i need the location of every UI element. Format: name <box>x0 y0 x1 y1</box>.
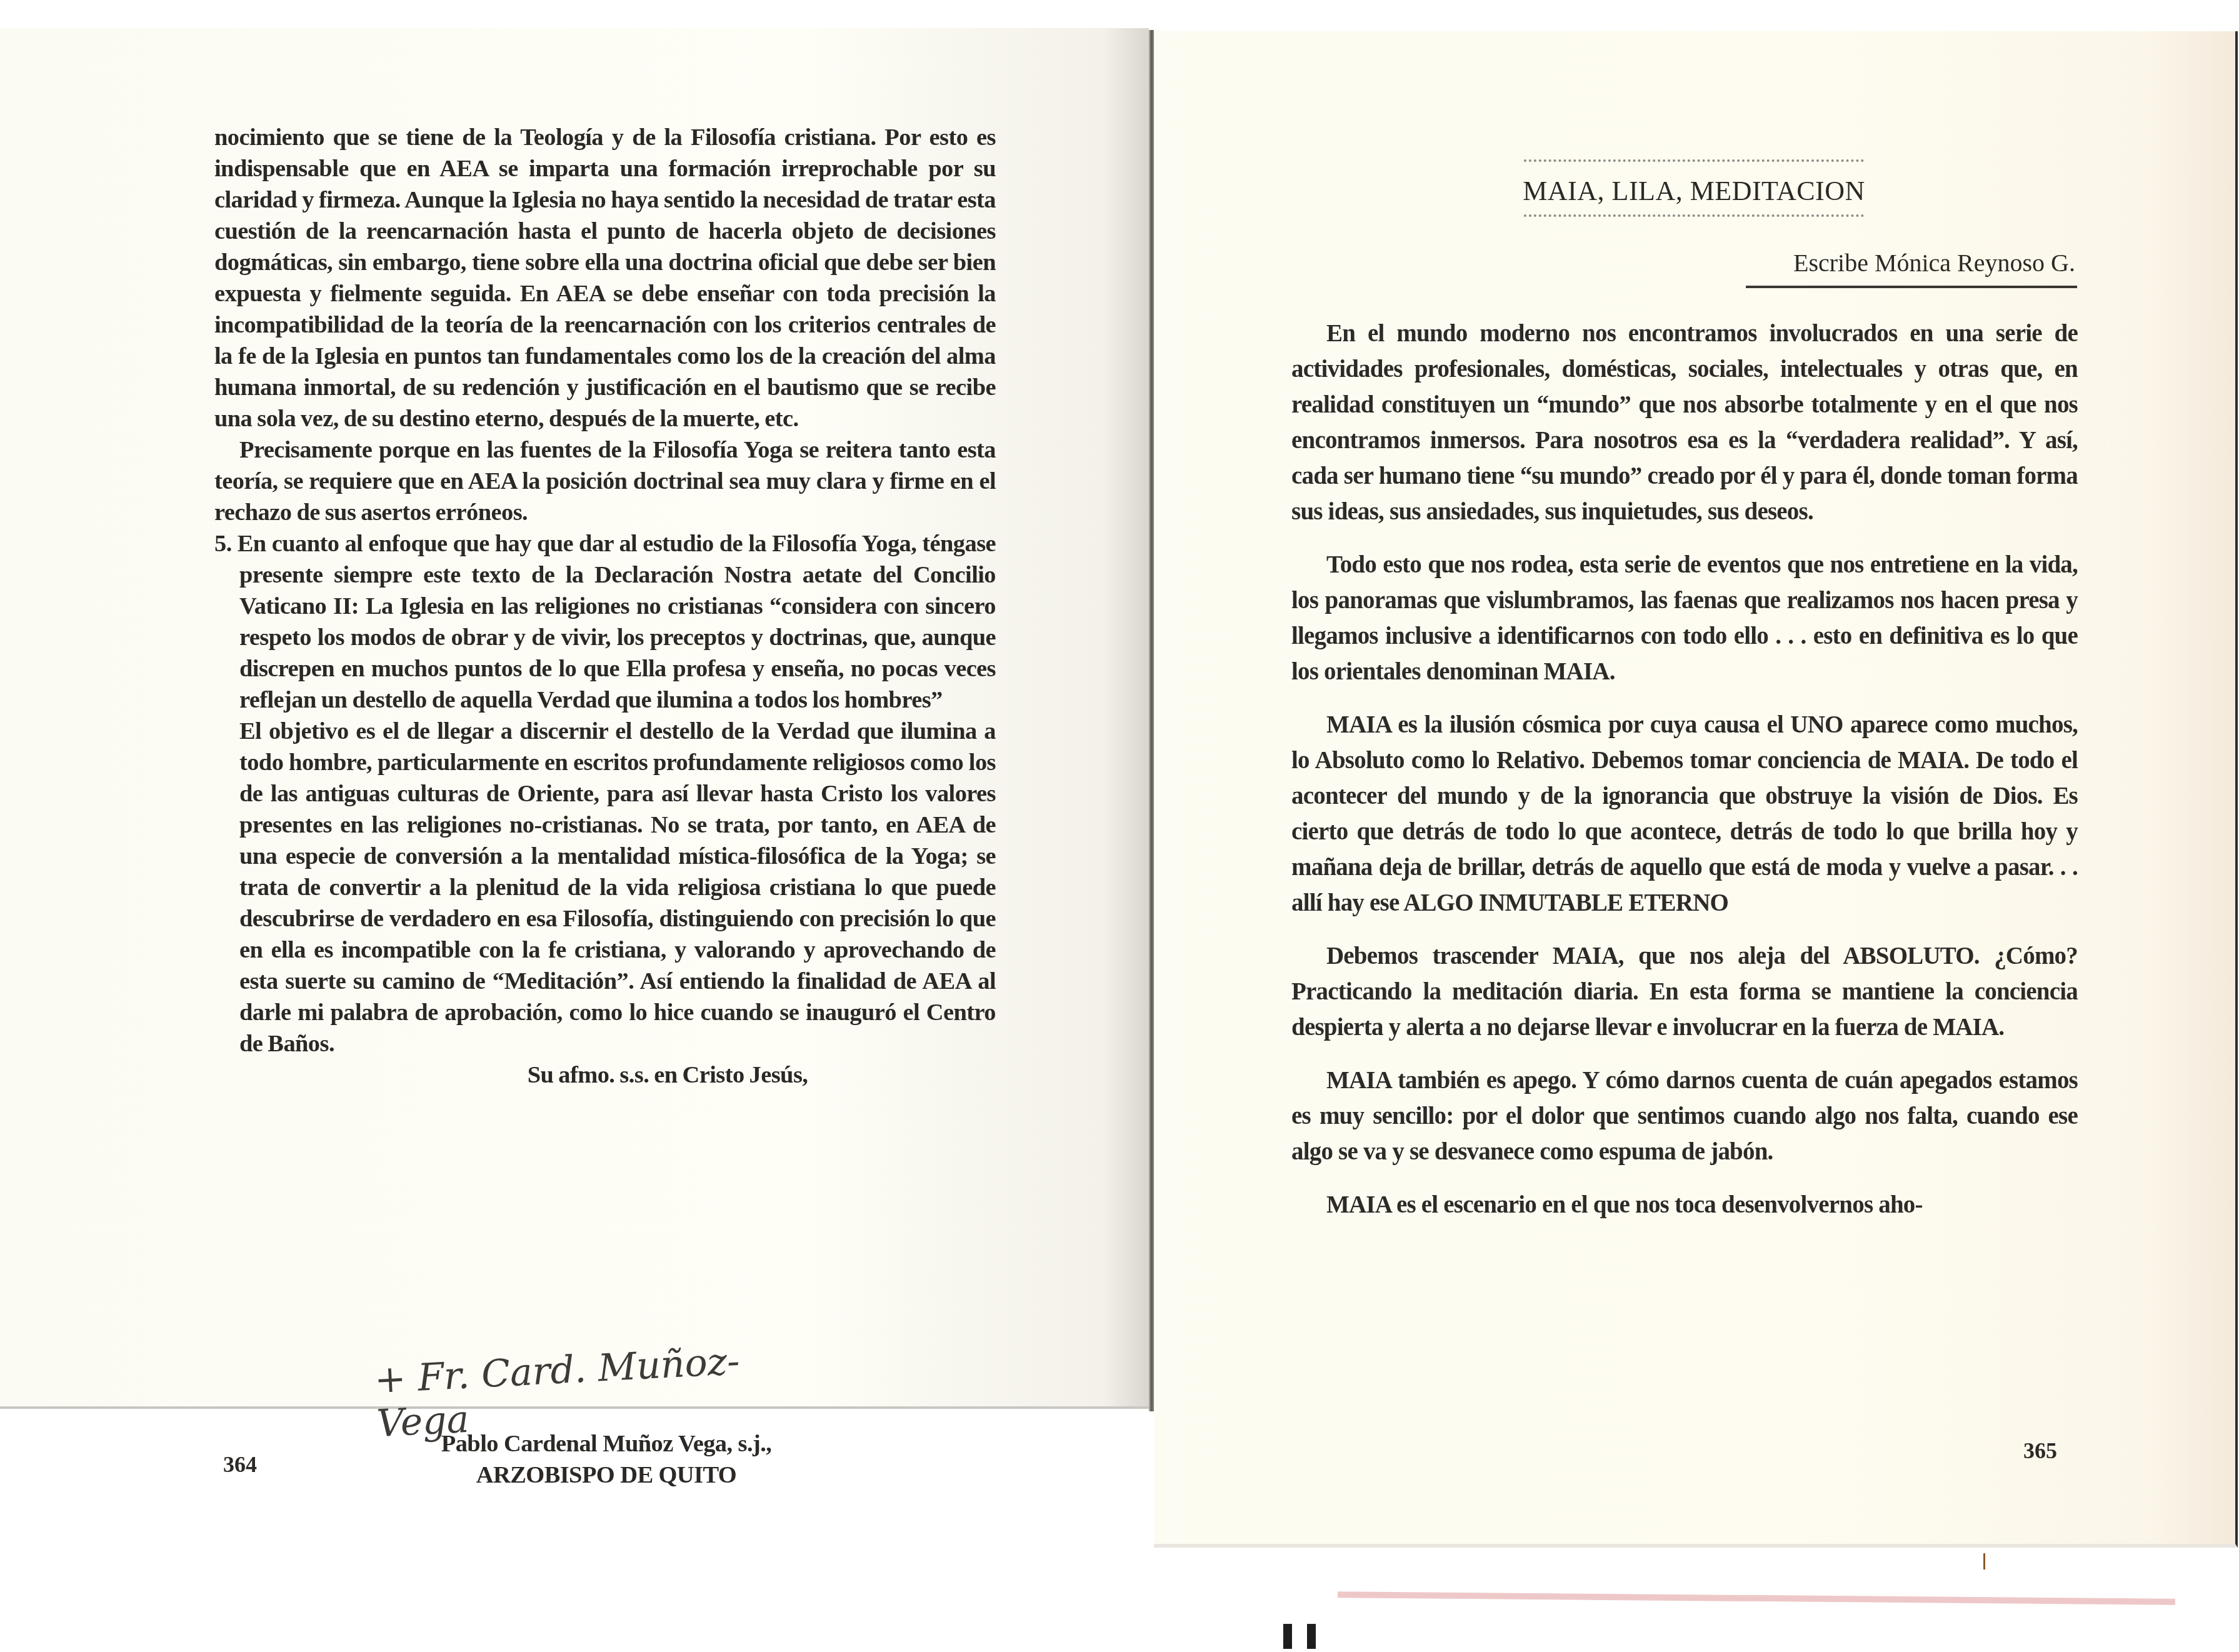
page-number-left: 364 <box>223 1451 257 1478</box>
paragraph: Precisamente porque en las fuentes de la… <box>214 434 996 528</box>
byline: Escribe Mónica Reynoso G. <box>1688 247 2075 279</box>
list-number: 5. <box>214 531 232 557</box>
signer-name: Pablo Cardenal Muñoz Vega, s.j., <box>294 1428 919 1459</box>
paragraph: nocimiento que se tiene de la Teología y… <box>214 122 996 434</box>
right-page-body: En el mundo moderno nos encontramos invo… <box>1291 316 2078 1240</box>
closing-salutation: Su afmo. s.s. en Cristo Jesús, <box>214 1059 996 1091</box>
paragraph: Debemos trascender MAIA, que nos aleja d… <box>1291 938 2078 1045</box>
paragraph: MAIA también es apego. Y cómo darnos cue… <box>1291 1063 2078 1169</box>
list-text: En cuanto al enfoque que hay que dar al … <box>238 531 996 713</box>
paragraph: MAIA es el escenario en el que nos toca … <box>1291 1187 2078 1223</box>
paragraph: Todo esto que nos rodea, esta serie de e… <box>1291 547 2078 689</box>
stray-ink-mark <box>1983 1553 1985 1569</box>
article-title-block: MAIA, LILA, MEDITACION <box>1519 159 1869 221</box>
binding-mark <box>1283 1624 1292 1649</box>
left-page-body: nocimiento que se tiene de la Teología y… <box>214 122 996 1091</box>
book-spread: nocimiento que se tiene de la Teología y… <box>0 0 2239 1652</box>
paragraph: En el mundo moderno nos encontramos invo… <box>1291 316 2078 529</box>
signer-title: ARZOBISPO DE QUITO <box>294 1459 919 1491</box>
signer-block: Pablo Cardenal Muñoz Vega, s.j., ARZOBIS… <box>294 1428 919 1491</box>
byline-underline <box>1746 286 2077 288</box>
paragraph: El objetivo es el de llegar a discernir … <box>214 716 996 1059</box>
binding-mark <box>1307 1624 1316 1649</box>
numbered-item: 5. En cuanto al enfoque que hay que dar … <box>214 528 996 716</box>
page-number-right: 365 <box>2023 1438 2057 1464</box>
article-title: MAIA, LILA, MEDITACION <box>1519 166 1869 214</box>
page-edge-pink <box>1338 1591 2175 1605</box>
dotted-rule-top <box>1524 159 1864 166</box>
paragraph: MAIA es la ilusión cósmica por cuya caus… <box>1291 707 2078 921</box>
book-gutter <box>1149 30 1154 1411</box>
dotted-rule-bottom <box>1524 214 1864 221</box>
